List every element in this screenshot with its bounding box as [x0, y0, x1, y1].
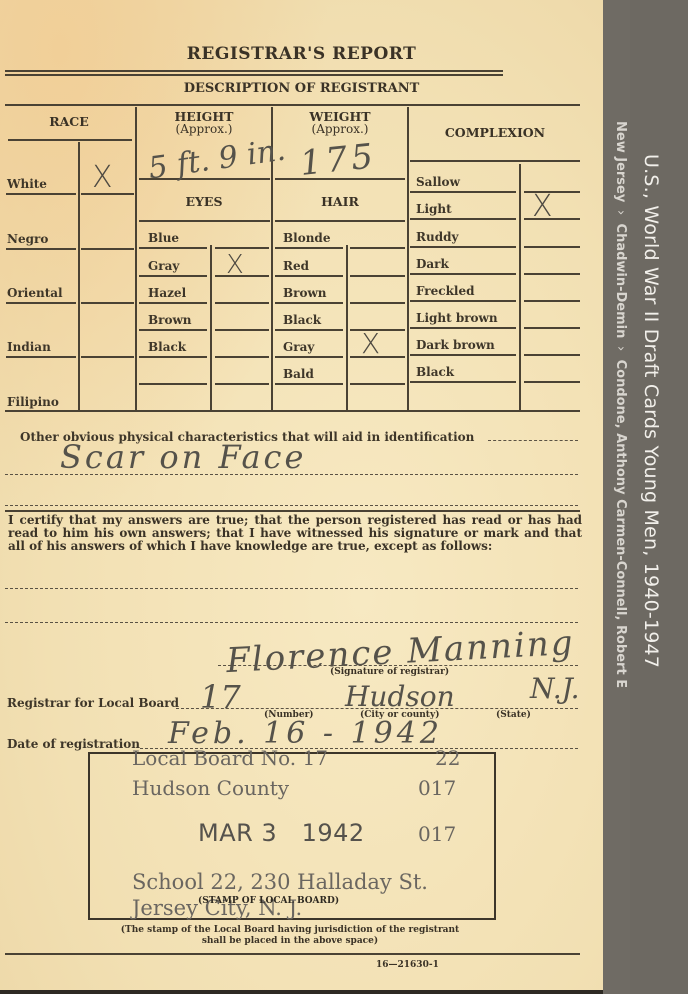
- eyes-option-gray: Gray: [148, 259, 179, 273]
- stamp-note-line1: (The stamp of the Local Board having jur…: [0, 925, 580, 935]
- weight-value: 175: [298, 136, 379, 184]
- grid-line: [275, 383, 343, 385]
- grid-line: [410, 354, 516, 356]
- grid-line: [410, 381, 516, 383]
- grid-line: [6, 356, 76, 358]
- grid-line: [524, 273, 580, 275]
- grid-line: [410, 160, 580, 162]
- section-rule: [5, 104, 580, 106]
- hair-gray-mark: X: [361, 329, 380, 359]
- local-board-stamp: Local Board No. 17 22 Hudson County 017 …: [88, 752, 496, 920]
- eyes-option-hazel: Hazel: [148, 286, 186, 300]
- grid-line: [6, 248, 76, 250]
- fill-line: [5, 622, 578, 623]
- grid-line: [346, 245, 348, 410]
- grid-line: [139, 356, 207, 358]
- race-white-mark: X: [92, 163, 113, 193]
- grid-line: [410, 191, 516, 193]
- stamp-caption: (STAMP OF LOCAL BOARD): [198, 896, 339, 906]
- grid-line: [81, 248, 134, 250]
- hair-option-bald: Bald: [283, 367, 314, 381]
- grid-line: [350, 247, 405, 249]
- grid-line: [215, 329, 269, 331]
- stamp-line2-right: 017: [418, 776, 456, 800]
- grid-line: [410, 273, 516, 275]
- grid-line: [8, 139, 132, 141]
- hair-option-brown: Brown: [283, 286, 327, 300]
- certification-text: I certify that my answers are true; that…: [8, 514, 582, 553]
- state-caption: (State): [496, 710, 531, 720]
- title-rule-top: [5, 70, 503, 72]
- grid-line: [524, 327, 580, 329]
- stamp-line2: Hudson County: [132, 776, 289, 800]
- complexion-light-mark: X: [532, 192, 553, 222]
- local-board-number: 17: [200, 678, 241, 716]
- signature-caption: (Signature of registrar): [330, 667, 449, 677]
- table-bottom-rule: [5, 410, 580, 412]
- grid-line: [275, 356, 343, 358]
- hair-option-gray: Gray: [283, 340, 314, 354]
- race-option-indian: Indian: [7, 340, 51, 354]
- stamp-line1-right: 22: [435, 746, 460, 770]
- height-header: HEIGHT (Approx.): [138, 110, 270, 136]
- complexion-option-light: Light: [416, 202, 452, 216]
- form-number: 16—21630-1: [376, 960, 439, 970]
- other-characteristics-value: Scar on Face: [60, 438, 306, 476]
- race-option-negro: Negro: [7, 232, 48, 246]
- complexion-header: COMPLEXION: [410, 126, 580, 139]
- grid-line: [6, 302, 76, 304]
- eyes-header: EYES: [138, 195, 270, 208]
- section-title: DESCRIPTION OF REGISTRANT: [0, 81, 603, 96]
- title-rule-bottom: [5, 74, 503, 76]
- grid-line: [524, 381, 580, 383]
- draft-card-image: REGISTRAR'S REPORT DESCRIPTION OF REGIST…: [0, 0, 603, 994]
- fill-line: [5, 588, 578, 589]
- grid-line: [275, 329, 343, 331]
- grid-line: [350, 275, 405, 277]
- hair-option-blonde: Blonde: [283, 231, 330, 245]
- hair-option-red: Red: [283, 259, 309, 273]
- grid-line: [275, 220, 405, 222]
- card-bottom-edge: [0, 990, 603, 994]
- race-option-white: White: [7, 177, 47, 191]
- complexion-option-ruddy: Ruddy: [416, 230, 458, 244]
- grid-line: [139, 302, 207, 304]
- grid-line: [215, 383, 269, 385]
- grid-line: [139, 275, 207, 277]
- grid-line: [524, 354, 580, 356]
- stamp-note-line2: shall be placed in the above space): [0, 936, 580, 946]
- breadcrumb: New Jersey›Chadwin-Demin›Condone, Anthon…: [613, 121, 628, 688]
- fill-line: [488, 440, 578, 441]
- grid-line: [524, 246, 580, 248]
- report-title: REGISTRAR'S REPORT: [0, 44, 603, 64]
- grid-line: [215, 247, 269, 249]
- local-board-state: N.J.: [530, 672, 580, 705]
- complexion-option-freckled: Freckled: [416, 284, 474, 298]
- stamp-line1: Local Board No. 17: [132, 746, 328, 770]
- stamp-line4: School 22, 230 Halladay St.: [132, 870, 428, 894]
- race-option-filipino: Filipino: [7, 395, 59, 409]
- fill-line: [5, 505, 578, 506]
- race-header: RACE: [5, 115, 133, 128]
- grid-line: [524, 300, 580, 302]
- race-option-oriental: Oriental: [7, 286, 63, 300]
- eyes-option-black: Black: [148, 340, 186, 354]
- grid-line: [275, 275, 343, 277]
- grid-line: [350, 302, 405, 304]
- grid-line: [6, 193, 76, 195]
- grid-line: [410, 246, 516, 248]
- collection-title: U.S., World War II Draft Cards Young Men…: [640, 154, 662, 668]
- hair-option-black: Black: [283, 313, 321, 327]
- weight-header-sub: (Approx.): [274, 123, 406, 136]
- complexion-option-sallow: Sallow: [416, 175, 460, 189]
- grid-line: [210, 245, 212, 410]
- grid-line: [135, 107, 137, 410]
- section-rule: [5, 510, 580, 512]
- hair-header: HAIR: [274, 195, 406, 208]
- grid-line: [215, 302, 269, 304]
- grid-line: [519, 164, 521, 410]
- breadcrumb-range[interactable]: Chadwin-Demin: [613, 224, 628, 339]
- weight-header: WEIGHT (Approx.): [274, 110, 406, 136]
- grid-line: [81, 356, 134, 358]
- local-board-city: Hudson: [345, 680, 455, 713]
- chevron-right-icon: ›: [613, 210, 628, 215]
- complexion-option-dark: Dark: [416, 257, 449, 271]
- height-header-sub: (Approx.): [138, 123, 270, 136]
- stamp-date: MAR 3 1942: [198, 819, 365, 847]
- grid-line: [81, 302, 134, 304]
- fill-line: [218, 665, 578, 666]
- grid-line: [215, 356, 269, 358]
- eyes-option-blue: Blue: [148, 231, 179, 245]
- fill-line: [5, 474, 578, 475]
- eyes-option-brown: Brown: [148, 313, 192, 327]
- complexion-option-dark-brown: Dark brown: [416, 338, 495, 352]
- grid-line: [410, 218, 516, 220]
- grid-line: [78, 142, 80, 410]
- bottom-rule: [5, 953, 580, 955]
- chevron-right-icon: ›: [613, 346, 628, 351]
- stamp-date-right: 017: [418, 822, 456, 846]
- grid-line: [139, 247, 207, 249]
- grid-line: [275, 247, 343, 249]
- date-label: Date of registration: [7, 737, 140, 751]
- grid-line: [407, 107, 409, 410]
- complexion-option-black: Black: [416, 365, 454, 379]
- complexion-option-light-brown: Light brown: [416, 311, 498, 325]
- eyes-gray-mark: X: [226, 250, 244, 280]
- grid-line: [139, 329, 207, 331]
- grid-line: [350, 383, 405, 385]
- grid-line: [139, 383, 207, 385]
- local-board-label: Registrar for Local Board: [7, 696, 179, 710]
- grid-line: [410, 300, 516, 302]
- grid-line: [275, 302, 343, 304]
- breadcrumb-subrange[interactable]: Condone, Anthony Carmen-Connell, Robert …: [613, 360, 628, 688]
- grid-line: [410, 327, 516, 329]
- grid-line: [139, 220, 270, 222]
- breadcrumb-state[interactable]: New Jersey: [613, 121, 628, 202]
